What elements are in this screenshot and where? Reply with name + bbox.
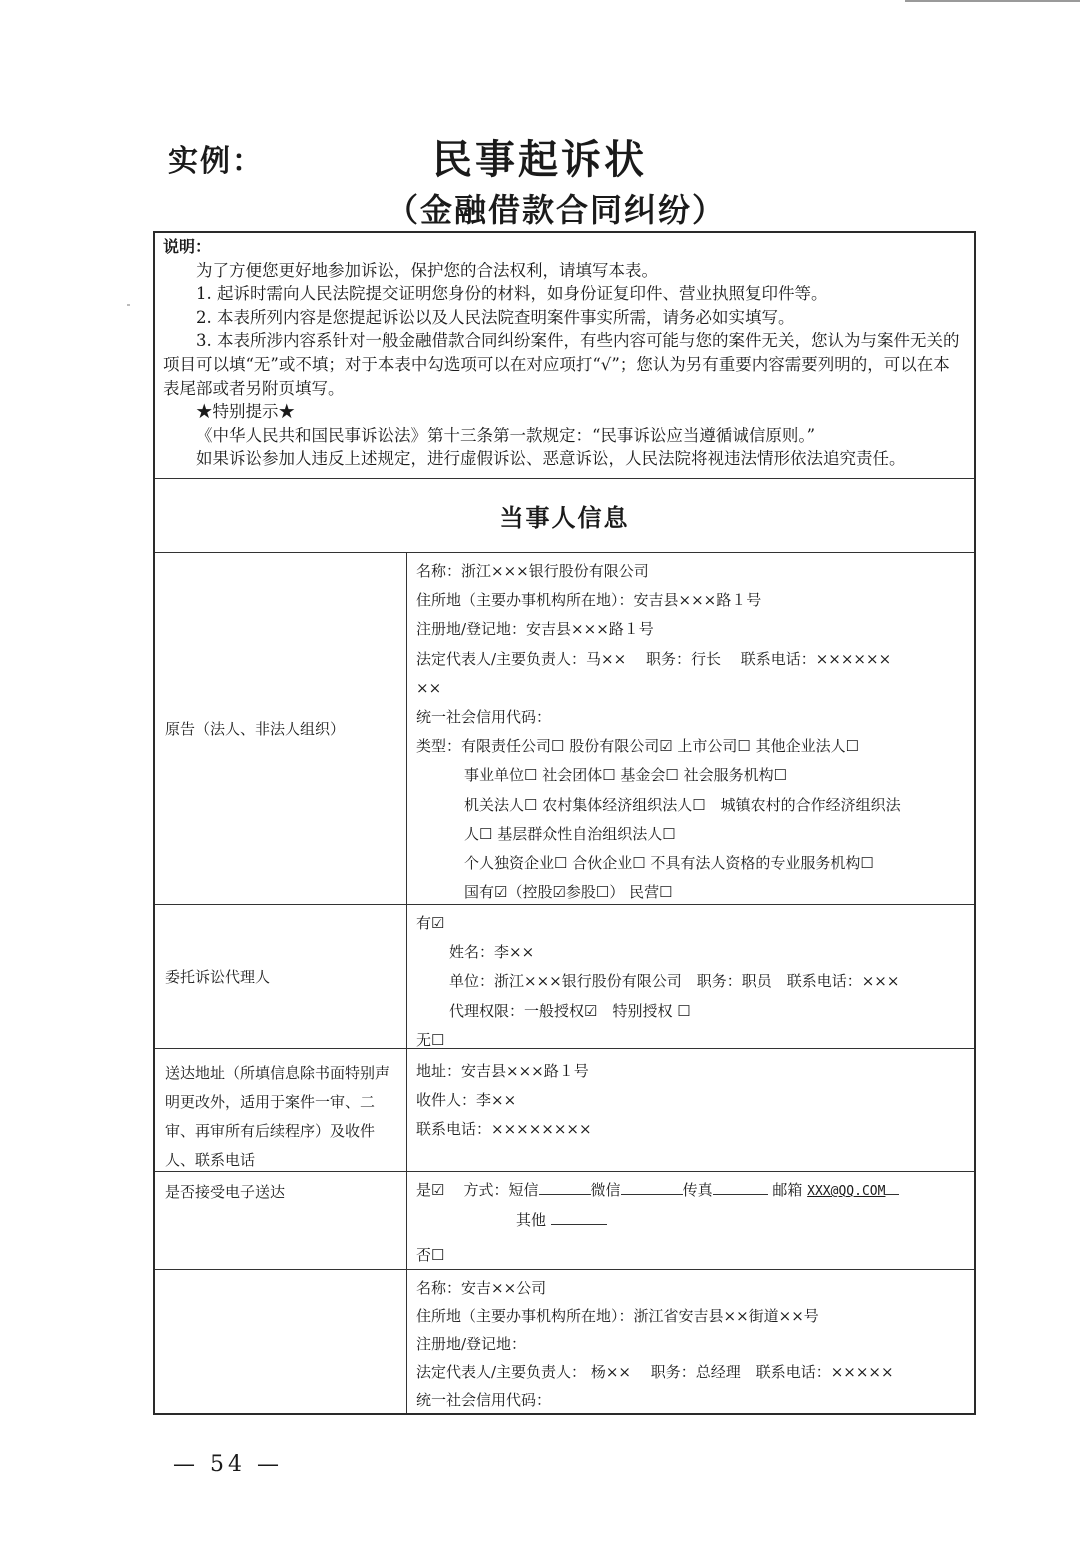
plaintiff-row: 原告（法人、非法人组织） 名称：浙江×××银行股份有限公司 住所地（主要办事机构… (155, 553, 974, 905)
plaintiff-legal-rep[interactable]: 法定代表人/主要负责人：马×× 职务：行长 联系电话：×××××× (416, 645, 966, 674)
document-subtitle: （金融借款合同纠纷） (386, 185, 726, 231)
special-notice-liability: 如果诉讼参加人违反上述规定，进行虚假诉讼、恶意诉讼，人民法院将视违法情形依法追究… (163, 447, 966, 471)
fax-field[interactable] (713, 1178, 768, 1195)
electronic-service-yes-checkbox[interactable]: 是☑ (416, 1181, 444, 1199)
service-address[interactable]: 地址：安吉县×××路１号 (416, 1057, 966, 1086)
defendant-details: 名称：安吉××公司 住所地（主要办事机构所在地）：浙江省安吉县××街道××号 注… (407, 1270, 974, 1413)
service-phone[interactable]: 联系电话：×××××××× (416, 1115, 966, 1144)
plaintiff-type-line-5[interactable]: 个人独资企业☐ 合伙企业☐ 不具有法人资格的专业服务机构☐ (416, 849, 966, 878)
method-wechat-label: 微信 (591, 1181, 621, 1199)
wechat-field[interactable] (621, 1178, 683, 1195)
instructions-box: 说明： 为了方便您更好地参加诉讼，保护您的合法权利，请填写本表。 1. 起诉时需… (155, 233, 974, 479)
scan-top-rule (905, 0, 1080, 2)
agent-label: 委托诉讼代理人 (155, 905, 407, 1048)
electronic-service-methods: 是☑ 方式：短信微信传真 邮箱 XXX@QQ.COM (416, 1176, 966, 1206)
method-sms-label: 方式：短信 (464, 1181, 539, 1199)
sms-field[interactable] (539, 1178, 591, 1195)
instruction-2: 2. 本表所列内容是您提起诉讼以及人民法院查明案件事实所需，请务必如实填写。 (163, 306, 966, 330)
instruction-1: 1. 起诉时需向人民法院提交证明您身份的材料，如身份证复印件、营业执照复印件等。 (163, 282, 966, 306)
special-notice-law: 《中华人民共和国民事诉讼法》第十三条第一款规定：“民事诉讼应当遵循诚信原则。” (163, 424, 966, 448)
instruction-intro: 为了方便您更好地参加诉讼，保护您的合法权利，请填写本表。 (163, 259, 966, 283)
document-title: 民事起诉状 (432, 128, 647, 185)
agent-row: 委托诉讼代理人 有☑ 姓名：李×× 单位：浙江×××银行股份有限公司 职务：职员… (155, 905, 974, 1049)
complaint-form: 说明： 为了方便您更好地参加诉讼，保护您的合法权利，请填写本表。 1. 起诉时需… (153, 231, 976, 1415)
defendant-registered-address[interactable]: 注册地/登记地： (416, 1330, 966, 1358)
special-notice-heading: ★特别提示★ (163, 400, 966, 424)
scan-artifact (127, 304, 130, 306)
electronic-service-no-checkbox[interactable]: 否☐ (416, 1241, 966, 1270)
electronic-service-label: 是否接受电子送达 (155, 1172, 407, 1269)
method-email-label: 邮箱 (772, 1181, 802, 1199)
agent-name[interactable]: 姓名：李×× (416, 938, 966, 967)
defendant-legal-rep[interactable]: 法定代表人/主要负责人： 杨×× 职务：总经理 联系电话：××××× (416, 1358, 966, 1386)
electronic-service-other: 其他 (416, 1206, 966, 1235)
agent-unit[interactable]: 单位：浙江×××银行股份有限公司 职务：职员 联系电话：××× (416, 967, 966, 996)
email-field[interactable]: XXX@QQ.COM (807, 1184, 885, 1199)
plaintiff-details: 名称：浙江×××银行股份有限公司 住所地（主要办事机构所在地）：安吉县×××路１… (407, 553, 974, 904)
page-number: — 54 — (173, 1452, 283, 1477)
plaintiff-ownership-line[interactable]: 国有☑（控股☑参股☐） 民营☐ (416, 878, 966, 907)
method-other-label: 其他 (516, 1211, 546, 1229)
service-address-row: 送达地址（所填信息除书面特别声明更改外，适用于案件一审、二审、再审所有后续程序）… (155, 1049, 974, 1172)
electronic-service-details: 是☑ 方式：短信微信传真 邮箱 XXX@QQ.COM 其他 否☐ (407, 1172, 974, 1269)
plaintiff-credit-code[interactable]: 统一社会信用代码： (416, 703, 966, 732)
service-address-details: 地址：安吉县×××路１号 收件人：李×× 联系电话：×××××××× (407, 1049, 974, 1171)
plaintiff-name[interactable]: 名称：浙江×××银行股份有限公司 (416, 557, 966, 586)
defendant-name[interactable]: 名称：安吉××公司 (416, 1274, 966, 1302)
defendant-row: 名称：安吉××公司 住所地（主要办事机构所在地）：浙江省安吉县××街道××号 注… (155, 1270, 974, 1413)
plaintiff-type-line-1[interactable]: 类型：有限责任公司☐ 股份有限公司☑ 上市公司☐ 其他企业法人☐ (416, 732, 966, 761)
service-address-label: 送达地址（所填信息除书面特别声明更改外，适用于案件一审、二审、再审所有后续程序）… (155, 1049, 407, 1171)
instructions-heading: 说明： (163, 235, 966, 259)
example-label: 实例： (168, 136, 264, 180)
defendant-credit-code[interactable]: 统一社会信用代码： (416, 1386, 966, 1414)
defendant-domicile[interactable]: 住所地（主要办事机构所在地）：浙江省安吉县××街道××号 (416, 1302, 966, 1330)
instruction-3: 3. 本表所涉内容系针对一般金融借款合同纠纷案件，有些内容可能与您的案件无关，您… (163, 329, 966, 400)
other-field[interactable] (551, 1208, 607, 1225)
plaintiff-domicile[interactable]: 住所地（主要办事机构所在地）：安吉县×××路１号 (416, 586, 966, 615)
method-fax-label: 传真 (683, 1181, 713, 1199)
email-underline-tail (885, 1178, 899, 1195)
defendant-label (155, 1270, 407, 1413)
plaintiff-legal-rep-phone-cont: ×× (416, 674, 966, 703)
plaintiff-type-line-2[interactable]: 事业单位☐ 社会团体☐ 基金会☐ 社会服务机构☐ (416, 761, 966, 790)
plaintiff-label: 原告（法人、非法人组织） (155, 553, 407, 904)
party-info-heading: 当事人信息 (155, 479, 974, 553)
plaintiff-type-line-3[interactable]: 机关法人☐ 农村集体经济组织法人☐ 城镇农村的合作经济组织法 (416, 791, 966, 820)
electronic-service-row: 是否接受电子送达 是☑ 方式：短信微信传真 邮箱 XXX@QQ.COM 其他 否… (155, 1172, 974, 1270)
agent-details: 有☑ 姓名：李×× 单位：浙江×××银行股份有限公司 职务：职员 联系电话：××… (407, 905, 974, 1048)
agent-has-checkbox[interactable]: 有☑ (416, 909, 966, 938)
plaintiff-registered-address[interactable]: 注册地/登记地：安吉县×××路１号 (416, 615, 966, 644)
plaintiff-type-line-4[interactable]: 人☐ 基层群众性自治组织法人☐ (416, 820, 966, 849)
agent-authority[interactable]: 代理权限：一般授权☑ 特别授权 ☐ (416, 997, 966, 1026)
service-recipient[interactable]: 收件人：李×× (416, 1086, 966, 1115)
